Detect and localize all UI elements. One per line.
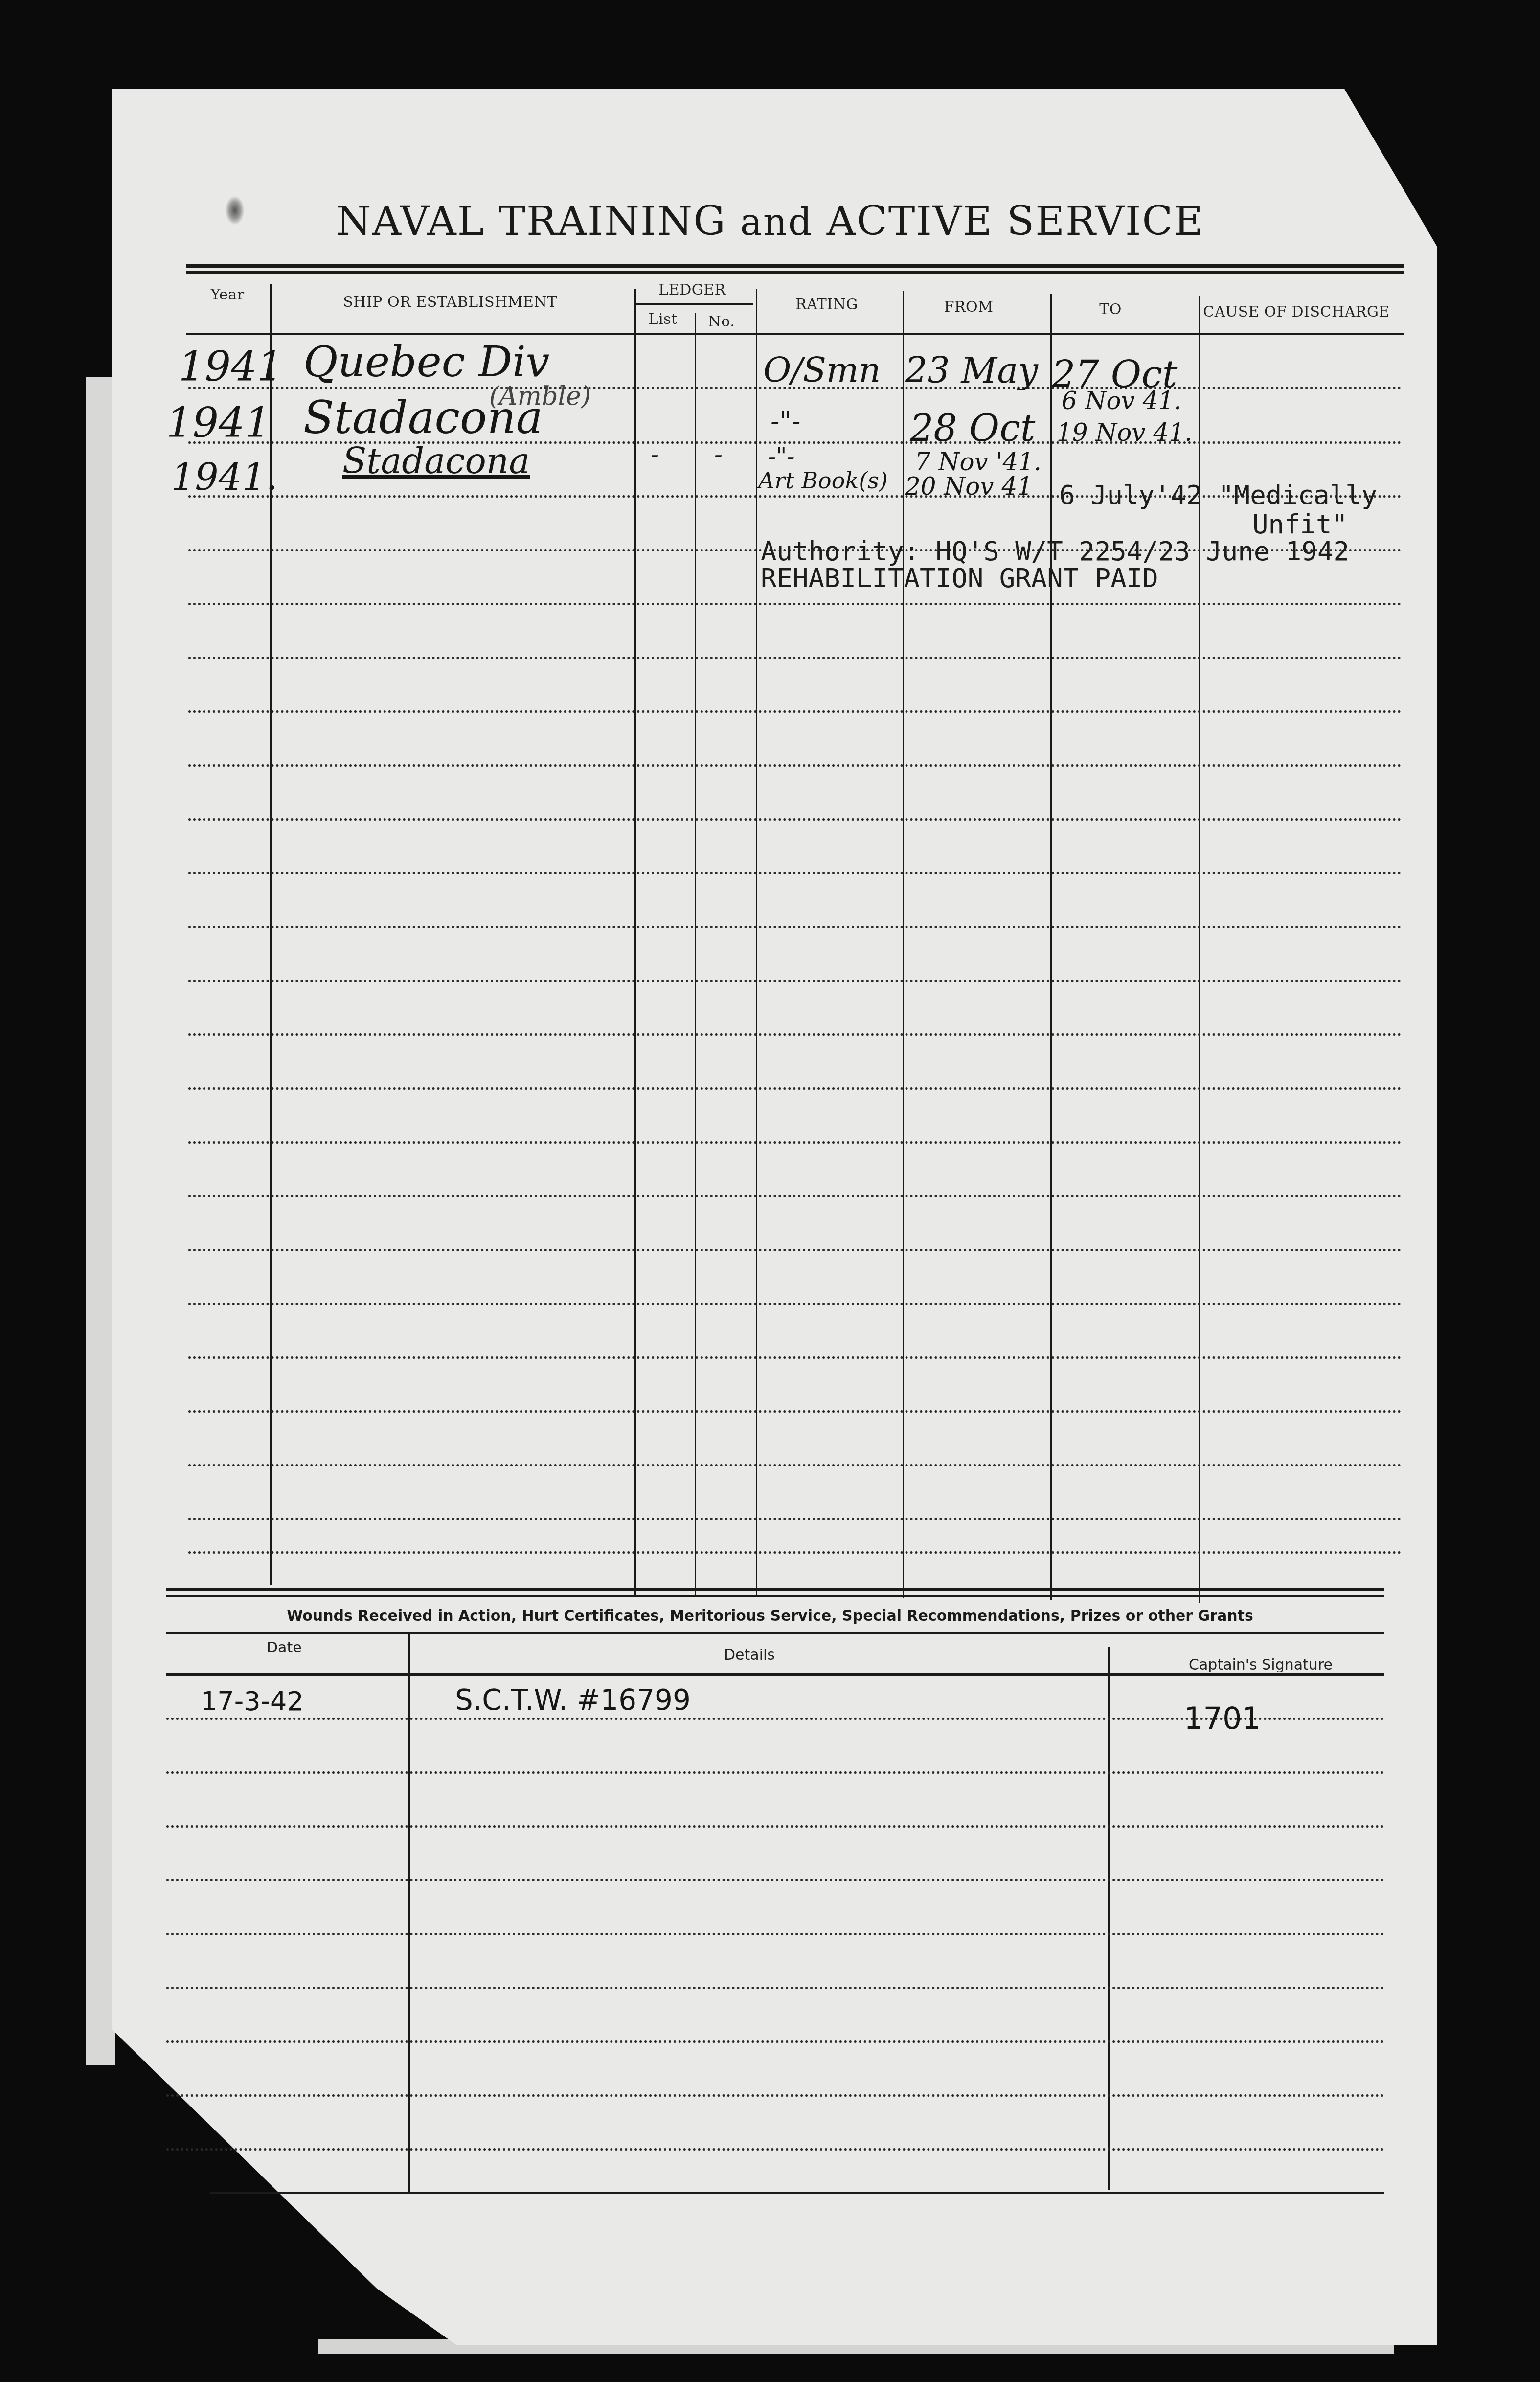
row3-ledger-no: - [714,440,723,469]
wounds-section-title: Wounds Received in Action, Hurt Certific… [0,1607,1540,1625]
title-double-rule [186,264,1404,274]
col-divider-from [1050,294,1052,1600]
wounds-row-line-7 [166,2040,1384,2043]
row-line-16 [188,1195,1402,1197]
section-double-rule [166,1588,1384,1597]
row-line-8 [188,764,1402,767]
row-line-14 [188,1087,1402,1090]
header-bottom-rule [186,333,1404,335]
header-to: TO [1042,301,1179,318]
row-line-5 [188,603,1402,605]
title-and: and [740,200,813,244]
wounds-row-line-5 [166,1933,1384,1935]
header-year: Year [191,286,264,303]
title-part-2: ACTIVE SERVICE [827,198,1204,245]
row-line-7 [188,710,1402,713]
header-from: FROM [900,298,1037,316]
row3-ship: Stadacona [342,440,530,481]
row2-to: 6 Nov 41. [1062,387,1181,415]
row-line-6 [188,657,1402,659]
wounds-header-rule [166,1673,1384,1676]
underlying-sheet-edge [86,377,115,2065]
wounds-row-line-2 [166,1771,1384,1774]
row3-from-second: 20 Nov 41 [905,472,1033,501]
row-line-9 [188,818,1402,821]
row1-rating: O/Smn [763,350,881,390]
wounds-row-line-3 [166,1825,1384,1828]
row1-from: 23 May [905,350,1038,391]
row-line-15 [188,1141,1402,1144]
row1-ship: Quebec Div [303,338,549,387]
header-rating: RATING [758,296,895,313]
wounds-bottom-rule [210,2192,1384,2194]
row2-from: 28 Oct [910,406,1035,450]
wounds-row1-date: 17-3-42 [201,1686,304,1717]
row3-rating: -"- [768,443,795,470]
row1-year: 1941 [179,343,283,390]
header-captains-signature: Captain's Signature [1189,1656,1333,1673]
row-line-13 [188,1033,1402,1036]
row-line-20 [188,1410,1402,1413]
discharge-authority: Authority: HQ'S W/T 2254/23 June 1942 [761,536,1349,567]
row-line-18 [188,1303,1402,1305]
row-line-22 [188,1518,1402,1520]
row2-rating: -"- [770,406,800,437]
row-line-19 [188,1356,1402,1359]
header-ledger: LEDGER [636,281,748,298]
discharge-reason-cont: Unfit" [1252,509,1348,540]
header-ledger-list: List [636,311,690,328]
wounds-row-line-9 [166,2148,1384,2151]
col-divider-rating [903,291,904,1598]
rehabilitation-grant-note: REHABILITATION GRANT PAID [761,563,1158,594]
discharge-date-reason: 6 July'42 "Medically [1059,480,1377,510]
row-line-21 [188,1464,1402,1466]
wounds-row-line-6 [166,1987,1384,1989]
row3-ledger-list: - [651,440,659,469]
row3-year: 1941. [171,455,278,499]
col-divider-ledger-list [695,313,696,1595]
title-part-1: NAVAL TRAINING [336,198,726,245]
col-divider-ship [634,289,636,1595]
row-line-10 [188,872,1402,874]
wounds-row1-details: S.C.T.W. #16799 [455,1683,691,1717]
row2-to-second: 19 Nov 41. [1057,418,1192,447]
header-date: Date [267,1639,302,1656]
col-divider-ledger-no [756,289,757,1595]
row-line-17 [188,1249,1402,1251]
header-details: Details [724,1647,775,1664]
row-line-23 [188,1551,1402,1554]
ledger-subheader-rule [636,303,753,305]
header-ship: SHIP OR ESTABLISHMENT [274,294,626,311]
wounds-row-line-8 [166,2094,1384,2097]
col-divider-details [1108,1647,1110,2190]
row2-ship: Stadacona [303,391,543,444]
wounds-title-rule [166,1632,1384,1634]
wounds-row1-signature: 1701 [1184,1700,1261,1736]
row-line-11 [188,926,1402,928]
header-cause-of-discharge: CAUSE OF DISCHARGE [1184,303,1409,321]
row3-rating-note: Art Book(s) [758,467,888,494]
row-line-12 [188,980,1402,982]
row2-year: 1941 [166,399,271,447]
page-title: NAVAL TRAINING and ACTIVE SERVICE [0,198,1540,245]
header-ledger-no: No. [695,313,748,330]
wounds-row-line-4 [166,1879,1384,1881]
